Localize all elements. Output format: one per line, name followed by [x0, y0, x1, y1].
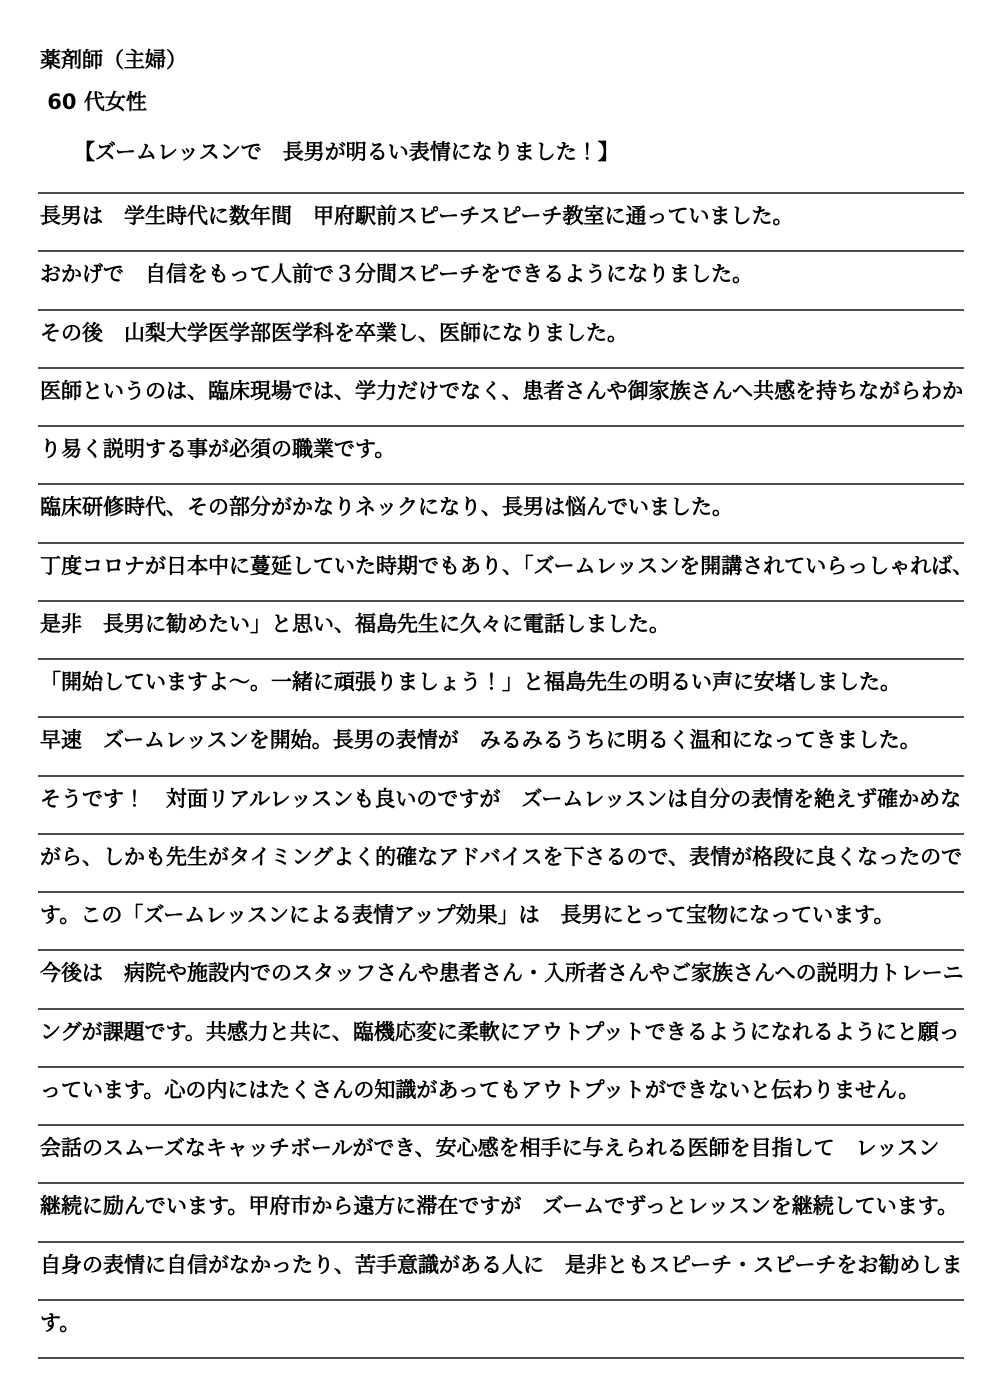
line-text: っています。心の内にはたくさんの知識があってもアウトプットができないと伝わりませ… [40, 1077, 964, 1103]
line-text: 「開始していますよ～。一緒に頑張りましょう！」と福島先生の明るい声に安堵しました… [40, 669, 964, 695]
line-text: その後 山梨大学医学部医学科を卒業し、医師になりました。 [40, 320, 964, 346]
text-line: その後 山梨大学医学部医学科を卒業し、医師になりました。 [38, 309, 964, 367]
testimonial-title: 【ズームレッスンで 長男が明るい表情になりました！】 [74, 139, 619, 165]
author-occupation: 薬剤師（主婦） [40, 47, 187, 73]
line-text: 是非 長男に勧めたい」と思い、福島先生に久々に電話しました。 [40, 611, 964, 637]
text-line: 長男は 学生時代に数年間 甲府駅前スピーチスピーチ教室に通っていました。 [38, 192, 964, 250]
line-text: す。この「ズームレッスンによる表情アップ効果」は 長男にとって宝物になっています… [40, 902, 964, 928]
line-text: がら、しかも先生がタイミングよく的確なアドバイスを下さるので、表情が格段に良くな… [40, 844, 964, 870]
text-line: 「開始していますよ～。一緒に頑張りましょう！」と福島先生の明るい声に安堵しました… [38, 658, 964, 716]
text-line: がら、しかも先生がタイミングよく的確なアドバイスを下さるので、表情が格段に良くな… [38, 833, 964, 891]
line-text: 丁度コロナが日本中に蔓延していた時期でもあり、「ズームレッスンを開講されていらっ… [40, 553, 964, 579]
line-text: 自身の表情に自信がなかったり、苦手意識がある人に 是非ともスピーチ・スピーチをお… [40, 1252, 964, 1278]
line-text: す。 [40, 1310, 964, 1336]
line-text: そうです！ 対面リアルレッスンも良いのですが ズームレッスンは自分の表情を絶えず… [40, 786, 964, 812]
text-line: 今後は 病院や施設内でのスタッフさんや患者さん・入所者さんやご家族さんへの説明力… [38, 949, 964, 1007]
text-line: 早速 ズームレッスンを開始。長男の表情が みるみるうちに明るく温和になってきまし… [38, 716, 964, 774]
author-demographic: 60 代女性 [40, 89, 147, 115]
line-text: 早速 ズームレッスンを開始。長男の表情が みるみるうちに明るく温和になってきまし… [40, 727, 964, 753]
text-line: り易く説明する事が必須の職業です。 [38, 425, 964, 483]
line-text: 今後は 病院や施設内でのスタッフさんや患者さん・入所者さんやご家族さんへの説明力… [40, 960, 964, 986]
line-text: 医師というのは、臨床現場では、学力だけでなく、患者さんや御家族さんへ共感を持ちな… [40, 378, 964, 404]
testimonial-body: 長男は 学生時代に数年間 甲府駅前スピーチスピーチ教室に通っていました。おかげで… [38, 192, 964, 1359]
text-line: 会話のスムーズなキャッチボールができ、安心感を相手に与えられる医師を目指して レ… [38, 1124, 964, 1182]
text-line: 自身の表情に自信がなかったり、苦手意識がある人に 是非ともスピーチ・スピーチをお… [38, 1241, 964, 1299]
text-line: す。この「ズームレッスンによる表情アップ効果」は 長男にとって宝物になっています… [38, 891, 964, 949]
testimonial-document: 薬剤師（主婦） 60 代女性 【ズームレッスンで 長男が明るい表情になりました！… [0, 0, 1000, 1400]
line-text: 長男は 学生時代に数年間 甲府駅前スピーチスピーチ教室に通っていました。 [40, 203, 964, 229]
line-text: 臨床研修時代、その部分がかなりネックになり、長男は悩んでいました。 [40, 494, 964, 520]
text-line: 臨床研修時代、その部分がかなりネックになり、長男は悩んでいました。 [38, 483, 964, 541]
line-text: ングが課題です。共感力と共に、臨機応変に柔軟にアウトプットできるようになれるよう… [40, 1019, 964, 1045]
text-line: っています。心の内にはたくさんの知識があってもアウトプットができないと伝わりませ… [38, 1066, 964, 1124]
text-line: す。 [38, 1299, 964, 1357]
line-text: おかげで 自信をもって人前で３分間スピーチをできるようになりました。 [40, 261, 964, 287]
text-line: 丁度コロナが日本中に蔓延していた時期でもあり、「ズームレッスンを開講されていらっ… [38, 542, 964, 600]
line-text: 継続に励んでいます。甲府市から遠方に滞在ですが ズームでずっとレッスンを継続して… [40, 1193, 964, 1219]
text-line: おかげで 自信をもって人前で３分間スピーチをできるようになりました。 [38, 250, 964, 308]
text-line: 是非 長男に勧めたい」と思い、福島先生に久々に電話しました。 [38, 600, 964, 658]
text-line: そうです！ 対面リアルレッスンも良いのですが ズームレッスンは自分の表情を絶えず… [38, 775, 964, 833]
text-line: 医師というのは、臨床現場では、学力だけでなく、患者さんや御家族さんへ共感を持ちな… [38, 367, 964, 425]
text-line: ングが課題です。共感力と共に、臨機応変に柔軟にアウトプットできるようになれるよう… [38, 1008, 964, 1066]
line-text: 会話のスムーズなキャッチボールができ、安心感を相手に与えられる医師を目指して レ… [40, 1135, 964, 1161]
text-line: 継続に励んでいます。甲府市から遠方に滞在ですが ズームでずっとレッスンを継続して… [38, 1182, 964, 1240]
line-text: り易く説明する事が必須の職業です。 [40, 436, 964, 462]
